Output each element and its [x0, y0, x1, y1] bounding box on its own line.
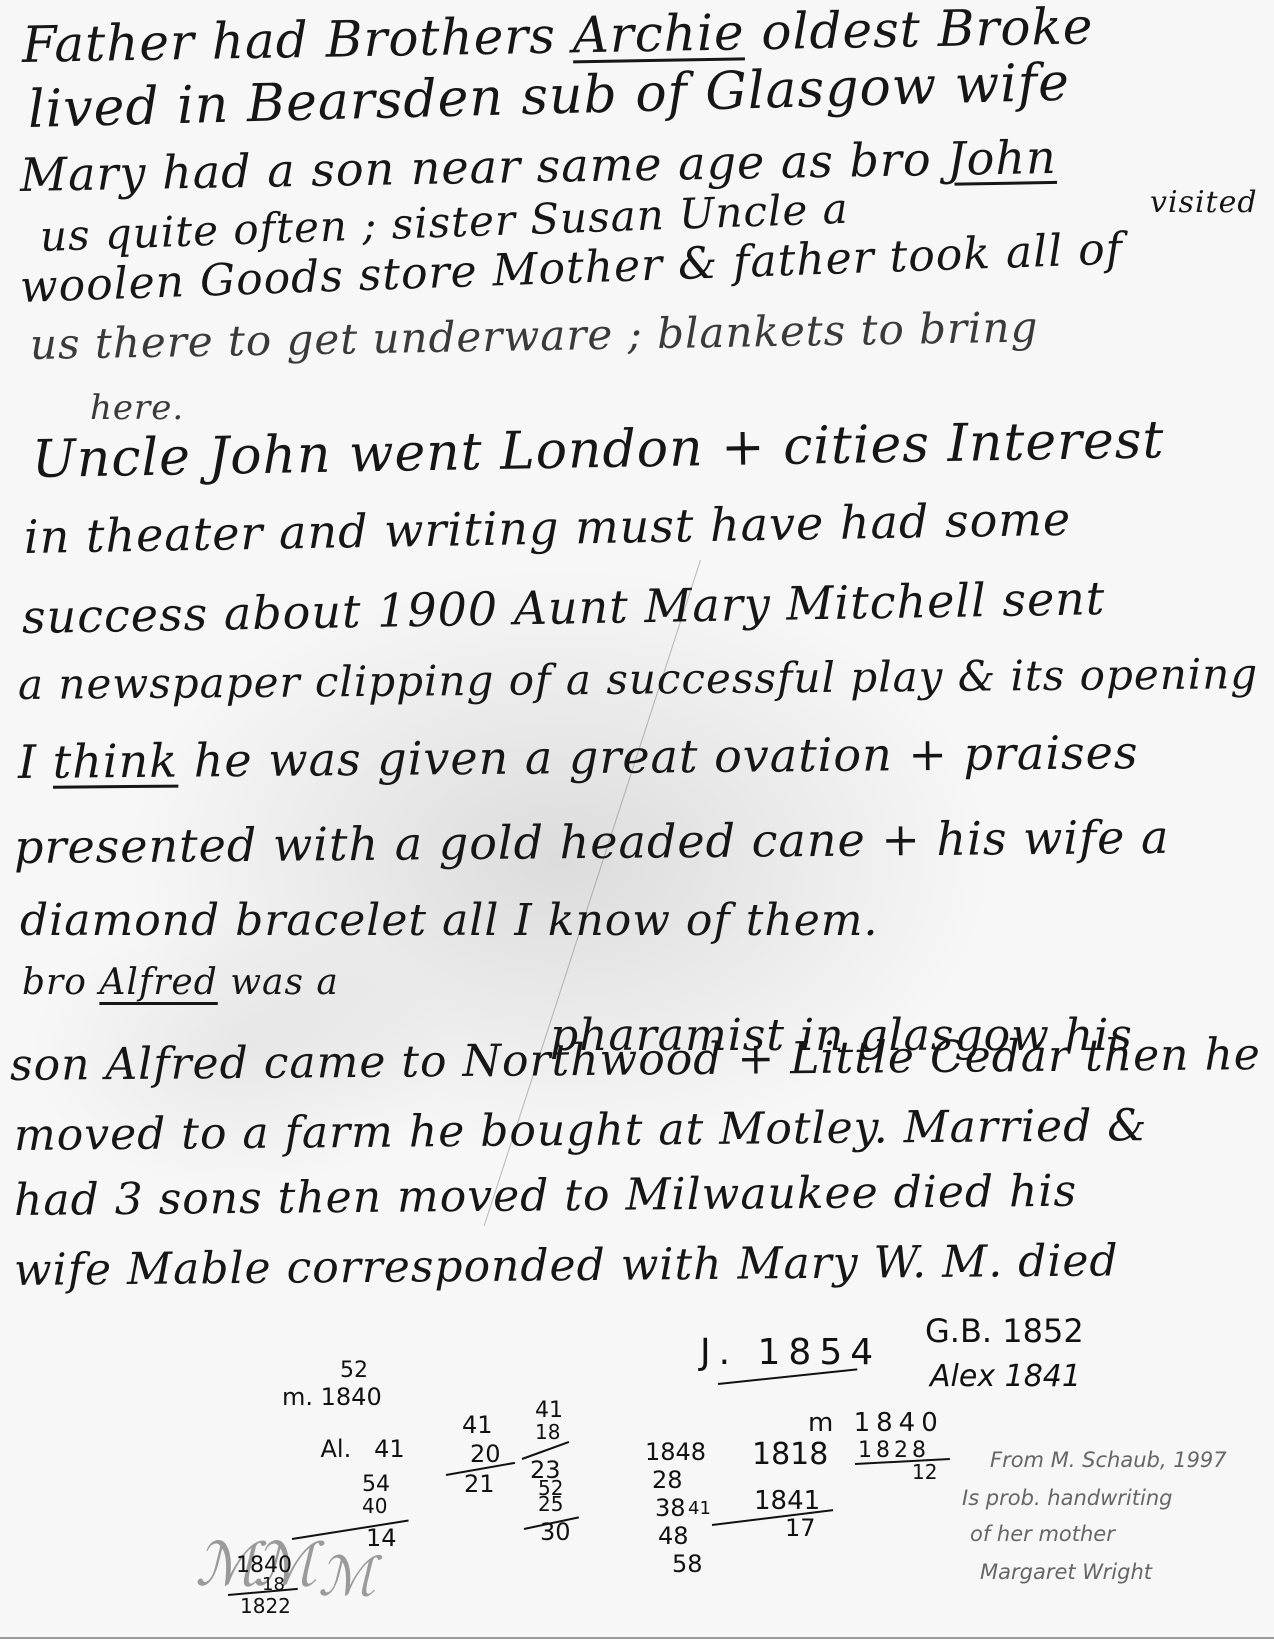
- calc-block-2-result: 21: [464, 1472, 495, 1496]
- underlined-word: Alfred: [99, 962, 217, 1003]
- letter-line: moved to a farm he bought at Motley. Mar…: [14, 1100, 1148, 1161]
- calc-block-7-a: m 1840: [808, 1410, 944, 1436]
- underlined-word: John: [947, 130, 1057, 186]
- letter-line: here.: [90, 388, 184, 428]
- calc-column-0: 1848: [645, 1440, 706, 1464]
- calc-block-1-top: 52: [340, 1360, 368, 1382]
- letter-line: diamond bracelet all I know of them.: [20, 895, 878, 946]
- calc-column-4: 58: [672, 1552, 703, 1576]
- annotation-line: Margaret Wright: [980, 1560, 1152, 1584]
- letter-line: had 3 sons then moved to Milwaukee died …: [14, 1166, 1077, 1226]
- calc-block-4-result: 14: [366, 1526, 397, 1550]
- date-j: J. 1854: [700, 1335, 881, 1371]
- date-alex: Alex 1841: [930, 1362, 1081, 1392]
- annotation-line: of her mother: [970, 1522, 1115, 1546]
- calc-block-2-a: 41: [462, 1413, 493, 1437]
- letter-line: success about 1900 Aunt Mary Mitchell se…: [22, 571, 1106, 644]
- calc-block-2-b: 20: [470, 1442, 501, 1466]
- calc-column-2: 38: [655, 1496, 686, 1520]
- letter-line: in theater and writing must have had som…: [24, 492, 1072, 564]
- calc-column-3: 48: [658, 1524, 689, 1548]
- calc-block-4-b: 40: [362, 1496, 387, 1516]
- letter-line: bro Alfred was a: [22, 962, 339, 1003]
- pencil-scribble: ℳ: [318, 1545, 370, 1608]
- calc-block-4-a: 54: [362, 1474, 390, 1496]
- letter-line: us there to get underware ; blankets to …: [30, 302, 1039, 369]
- underlined-word: Archie: [572, 3, 745, 64]
- date-gb: G.B. 1852: [925, 1315, 1084, 1347]
- letter-line: presented with a gold headed cane + his …: [14, 810, 1170, 874]
- calc-block-3-b: 18: [535, 1422, 560, 1442]
- calc-block-6-b: 1841: [754, 1488, 820, 1514]
- letter-line: son Alfred came to Northwood + Little Ce…: [10, 1029, 1261, 1091]
- calc-block-1-line1: m. 1840: [282, 1385, 382, 1409]
- calc-block-7-result: 12: [912, 1462, 937, 1482]
- letter-line: Uncle John went London + cities Interest: [31, 410, 1164, 490]
- scan-bottom-edge: [0, 1637, 1274, 1639]
- margin-insertion: visited: [1150, 185, 1258, 220]
- calc-block-3-a: 41: [535, 1400, 563, 1422]
- letter-line: I think he was given a great ovation + p…: [18, 725, 1139, 789]
- calc-block-6-result: 17: [785, 1516, 816, 1540]
- calc-column-aside: 41: [688, 1500, 711, 1518]
- calc-block-3-result: 30: [540, 1520, 571, 1544]
- letter-line: wife Mable corresponded with Mary W. M. …: [14, 1235, 1119, 1296]
- underlined-word: think: [53, 734, 179, 789]
- calc-block-5-result: 1822: [240, 1596, 291, 1616]
- scanned-letter-page: Father had Brothers Archie oldest Broke …: [0, 0, 1274, 1637]
- letter-line: a newspaper clipping of a successful pla…: [18, 649, 1259, 709]
- calc-block-6-a: 1818: [752, 1440, 828, 1470]
- annotation-line: Is prob. handwriting: [962, 1486, 1172, 1510]
- annotation-line: From M. Schaub, 1997: [990, 1448, 1227, 1472]
- calc-block-3-e: 25: [538, 1494, 563, 1514]
- calc-column-1: 28: [652, 1468, 683, 1492]
- letter-line: Mary had a son near same age as bro John: [20, 130, 1058, 202]
